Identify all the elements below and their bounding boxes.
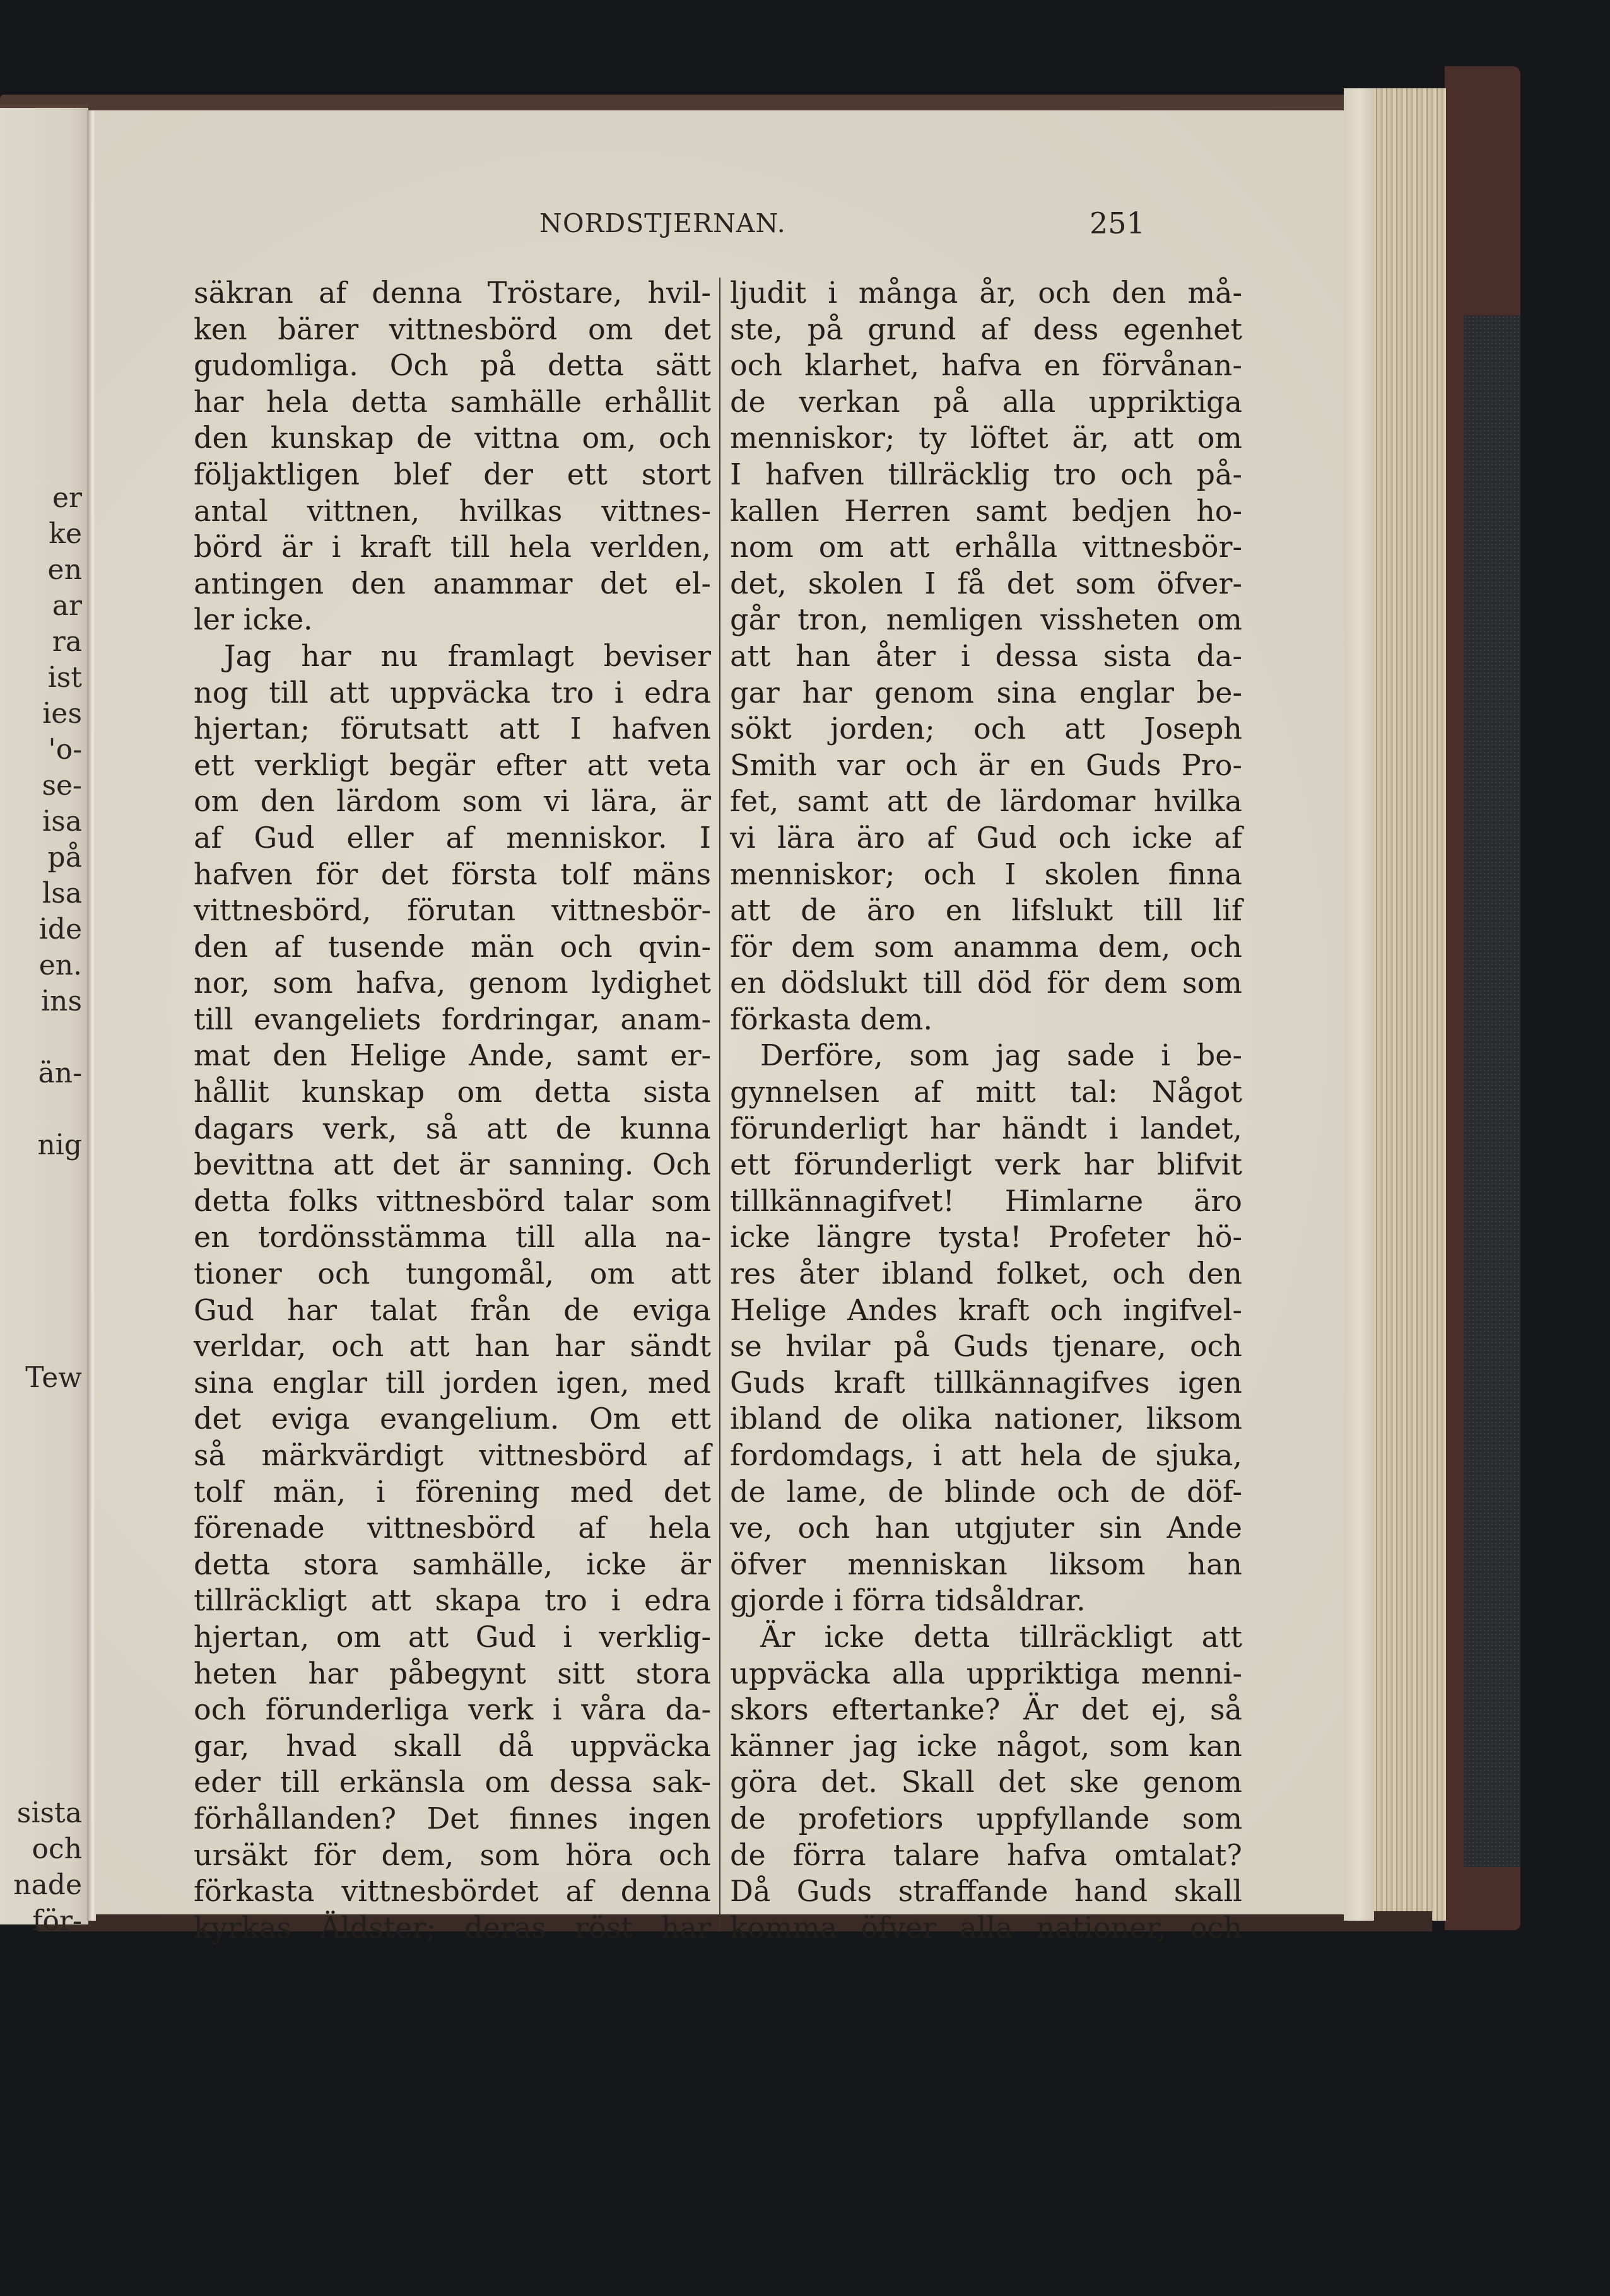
text-line: gynnelsen af mitt tal: Något — [730, 1074, 1242, 1111]
text-line: ett verkligt begär efter att veta — [194, 747, 711, 784]
text-line: ett förunderligt verk har blifvit — [730, 1147, 1242, 1183]
facing-page-fragment: ist — [0, 660, 82, 696]
text-line: förenade vittnesbörd af hela — [194, 1510, 711, 1547]
text-line: om den lärdom som vi lära, är — [194, 783, 711, 820]
facing-page-fragment: 'o- — [0, 732, 82, 768]
text-line: så märkvärdigt vittnesbörd af — [194, 1438, 711, 1474]
text-line: tillkännagifvet! Himlarne äro — [730, 1183, 1242, 1220]
facing-page-fragment — [0, 1091, 82, 1127]
text-line: menniskor; ty löftet är, att om — [730, 420, 1242, 457]
text-line: tillräckligt att skapa tro i edra — [194, 1583, 711, 1619]
facing-page-fragment: än- — [0, 1055, 82, 1091]
text-line: antal vittnen, hvilkas vittnes- — [194, 493, 711, 530]
facing-page-fragment: ins — [0, 983, 82, 1019]
text-line: den kunskap de vittna om, och — [194, 420, 711, 457]
text-line: de lame, de blinde och de döf- — [730, 1474, 1242, 1511]
text-line: öfver menniskan liksom han — [730, 1547, 1242, 1583]
text-line: nog till att uppväcka tro i edra — [194, 675, 711, 712]
text-line: vi lära äro af Gud och icke af — [730, 820, 1242, 857]
text-line: bevittna att det är sanning. Och — [194, 1147, 711, 1183]
text-line: komma öfver alla nationer, och — [730, 1910, 1242, 1947]
page-curl — [1344, 88, 1374, 1921]
text-line: mat den Helige Ande, samt er- — [194, 1038, 711, 1074]
text-line: gar, hvad skall då uppväcka — [194, 1728, 711, 1765]
text-line: fet, samt att de lärdomar hvilka — [730, 783, 1242, 820]
book-top-edge — [0, 95, 1464, 112]
text-line: förkasta dem. — [730, 1002, 1242, 1038]
text-line: Jag har nu framlagt beviser — [194, 638, 711, 675]
facing-page: erkeenarraisties'o-se-isapålsaideen.insä… — [0, 104, 88, 1924]
text-line: icke längre tysta! Profeter hö- — [730, 1219, 1242, 1256]
text-line: dagars verk, så att de kunna — [194, 1111, 711, 1147]
facing-page-fragment: lsa — [0, 876, 82, 911]
book-cover-cloth — [1464, 315, 1520, 1892]
facing-page-fragment: ies — [0, 696, 82, 732]
book-cover-corner — [1445, 1867, 1520, 1930]
text-line: till evangeliets fordringar, anam- — [194, 1002, 711, 1038]
facing-page-text-middle: Tew — [0, 1360, 82, 1396]
text-line: ljudit i många år, och den må- — [730, 275, 1242, 312]
facing-page-fragment: Tew — [0, 1360, 82, 1396]
text-line: Guds kraft tillkännagifves igen — [730, 1365, 1242, 1402]
text-line: går tron, nemligen vissheten om — [730, 602, 1242, 638]
text-line: hjertan; förutsatt att I hafven — [194, 711, 711, 747]
facing-page-fragment: nig — [0, 1127, 82, 1163]
text-line: res åter ibland folket, och den — [730, 1256, 1242, 1292]
text-line: förkasta vittnesbördet af denna — [194, 1873, 711, 1910]
column-rule — [719, 278, 720, 1930]
text-line: det, skolen I få det som öfver- — [730, 566, 1242, 602]
text-line: gudomliga. Och på detta sätt — [194, 348, 711, 384]
facing-page-fragment: en — [0, 552, 82, 588]
text-line: gar har genom sina englar be- — [730, 675, 1242, 712]
facing-page-fragment: ar — [0, 588, 82, 624]
text-line: att de äro en lifslukt till lif — [730, 893, 1242, 929]
text-line: säkran af denna Tröstare, hvil- — [194, 275, 711, 312]
text-line: nom om att erhålla vittnesbör- — [730, 529, 1242, 566]
text-line: en tordönsstämma till alla na- — [194, 1219, 711, 1256]
facing-page-fragment: och — [0, 1831, 82, 1867]
text-line: se hvilar på Guds tjenare, och — [730, 1328, 1242, 1365]
text-line: göra det. Skall det ske genom — [730, 1764, 1242, 1801]
text-line: detta folks vittnesbörd talar som — [194, 1183, 711, 1220]
text-line: skors eftertanke? Är det ej, så — [730, 1692, 1242, 1728]
text-line: kyrkas Äldster; deras röst har — [194, 1910, 711, 1947]
text-line: den af tusende män och qvin- — [194, 929, 711, 966]
text-line: Gud har talat från de eviga — [194, 1292, 711, 1329]
text-line: I hafven tillräcklig tro och på- — [730, 457, 1242, 493]
text-line: detta stora samhälle, icke är — [194, 1547, 711, 1583]
text-line: det eviga evangelium. Om ett — [194, 1401, 711, 1438]
text-line: gjorde i förra tidsåldrar. — [730, 1583, 1242, 1619]
text-line: hafven för det första tolf mäns — [194, 857, 711, 893]
text-line: tioner och tungomål, om att — [194, 1256, 711, 1292]
text-line: sina englar till jorden igen, med — [194, 1365, 711, 1402]
text-line: kallen Herren samt bedjen ho- — [730, 493, 1242, 530]
text-line: ve, och han utgjuter sin Ande — [730, 1510, 1242, 1547]
facing-page-fragment: ide — [0, 911, 82, 947]
text-line: att han åter i dessa sista da- — [730, 638, 1242, 675]
text-line: Då Guds straffande hand skall — [730, 1873, 1242, 1910]
text-line: de verkan på alla uppriktiga — [730, 384, 1242, 421]
text-line: sökt jorden; och att Joseph — [730, 711, 1242, 747]
text-line: och klarhet, hafva en förvånan- — [730, 348, 1242, 384]
facing-page-fragment: se- — [0, 768, 82, 804]
text-line: ursäkt för dem, som höra och — [194, 1837, 711, 1874]
facing-page-fragment: ra — [0, 624, 82, 660]
text-line: ste, på grund af dess egenhet — [730, 312, 1242, 348]
text-line: de profetiors uppfyllande som — [730, 1801, 1242, 1837]
text-line: antingen den anammar det el- — [194, 566, 711, 602]
text-line: förhållanden? Det finnes ingen — [194, 1801, 711, 1837]
text-line: tolf män, i förening med det — [194, 1474, 711, 1511]
text-line: eder till erkänsla om dessa sak- — [194, 1764, 711, 1801]
text-line: heten har påbegynt sitt stora — [194, 1656, 711, 1692]
text-line: de förra talare hafva omtalat? — [730, 1837, 1242, 1874]
text-line: hållit kunskap om detta sista — [194, 1074, 711, 1111]
text-line: hjertan, om att Gud i verklig- — [194, 1619, 711, 1656]
facing-page-fragment: en. — [0, 947, 82, 983]
facing-page-text-bottom: sistaochnadeför- — [0, 1795, 82, 1939]
text-line: ibland de olika nationer, liksom — [730, 1401, 1242, 1438]
text-line: ken bärer vittnesbörd om det — [194, 312, 711, 348]
text-line: en dödslukt till död för dem som — [730, 965, 1242, 1002]
facing-page-fragment: på — [0, 840, 82, 876]
text-line: förunderligt har händt i landet, — [730, 1111, 1242, 1147]
text-line: Är icke detta tillräckligt att — [730, 1619, 1242, 1656]
facing-page-fragment: för- — [0, 1903, 82, 1939]
text-column-left: säkran af denna Tröstare, hvil-ken bärer… — [194, 275, 711, 1946]
text-column-right: ljudit i många år, och den må-ste, på gr… — [730, 275, 1242, 1946]
text-line: följaktligen blef der ett stort — [194, 457, 711, 493]
facing-page-fragment: er — [0, 480, 82, 516]
facing-page-fragment: ke — [0, 516, 82, 552]
text-line: verldar, och att han har sändt — [194, 1328, 711, 1365]
text-line: börd är i kraft till hela verlden, — [194, 529, 711, 566]
facing-page-fragment: sista — [0, 1795, 82, 1831]
text-line: Smith var och är en Guds Pro- — [730, 747, 1242, 784]
text-line: Helige Andes kraft och ingifvel- — [730, 1292, 1242, 1329]
text-line: och förunderliga verk i våra da- — [194, 1692, 711, 1728]
text-line: vittnesbörd, förutan vittnesbör- — [194, 893, 711, 929]
text-line: Derföre, som jag sade i be- — [730, 1038, 1242, 1074]
text-line: för dem som anamma dem, och — [730, 929, 1242, 966]
text-line: har hela detta samhälle erhållit — [194, 384, 711, 421]
text-line: nor, som hafva, genom lydighet — [194, 965, 711, 1002]
text-line: ler icke. — [194, 602, 711, 638]
text-line: uppväcka alla uppriktiga menni- — [730, 1656, 1242, 1692]
running-header: NORDSTJERNAN. — [539, 208, 786, 238]
facing-page-text-top: erkeenarraisties'o-se-isapålsaideen.insä… — [0, 480, 82, 1163]
facing-page-fragment: isa — [0, 804, 82, 840]
facing-page-fragment: nade — [0, 1867, 82, 1903]
text-line: fordomdags, i att hela de sjuka, — [730, 1438, 1242, 1474]
text-line: af Gud eller af menniskor. I — [194, 820, 711, 857]
text-line: menniskor; och I skolen finna — [730, 857, 1242, 893]
facing-page-fragment — [0, 1019, 82, 1055]
text-line: känner jag icke något, som kan — [730, 1728, 1242, 1765]
page-number: 251 — [1090, 206, 1145, 240]
page-block-edges — [1369, 88, 1446, 1921]
